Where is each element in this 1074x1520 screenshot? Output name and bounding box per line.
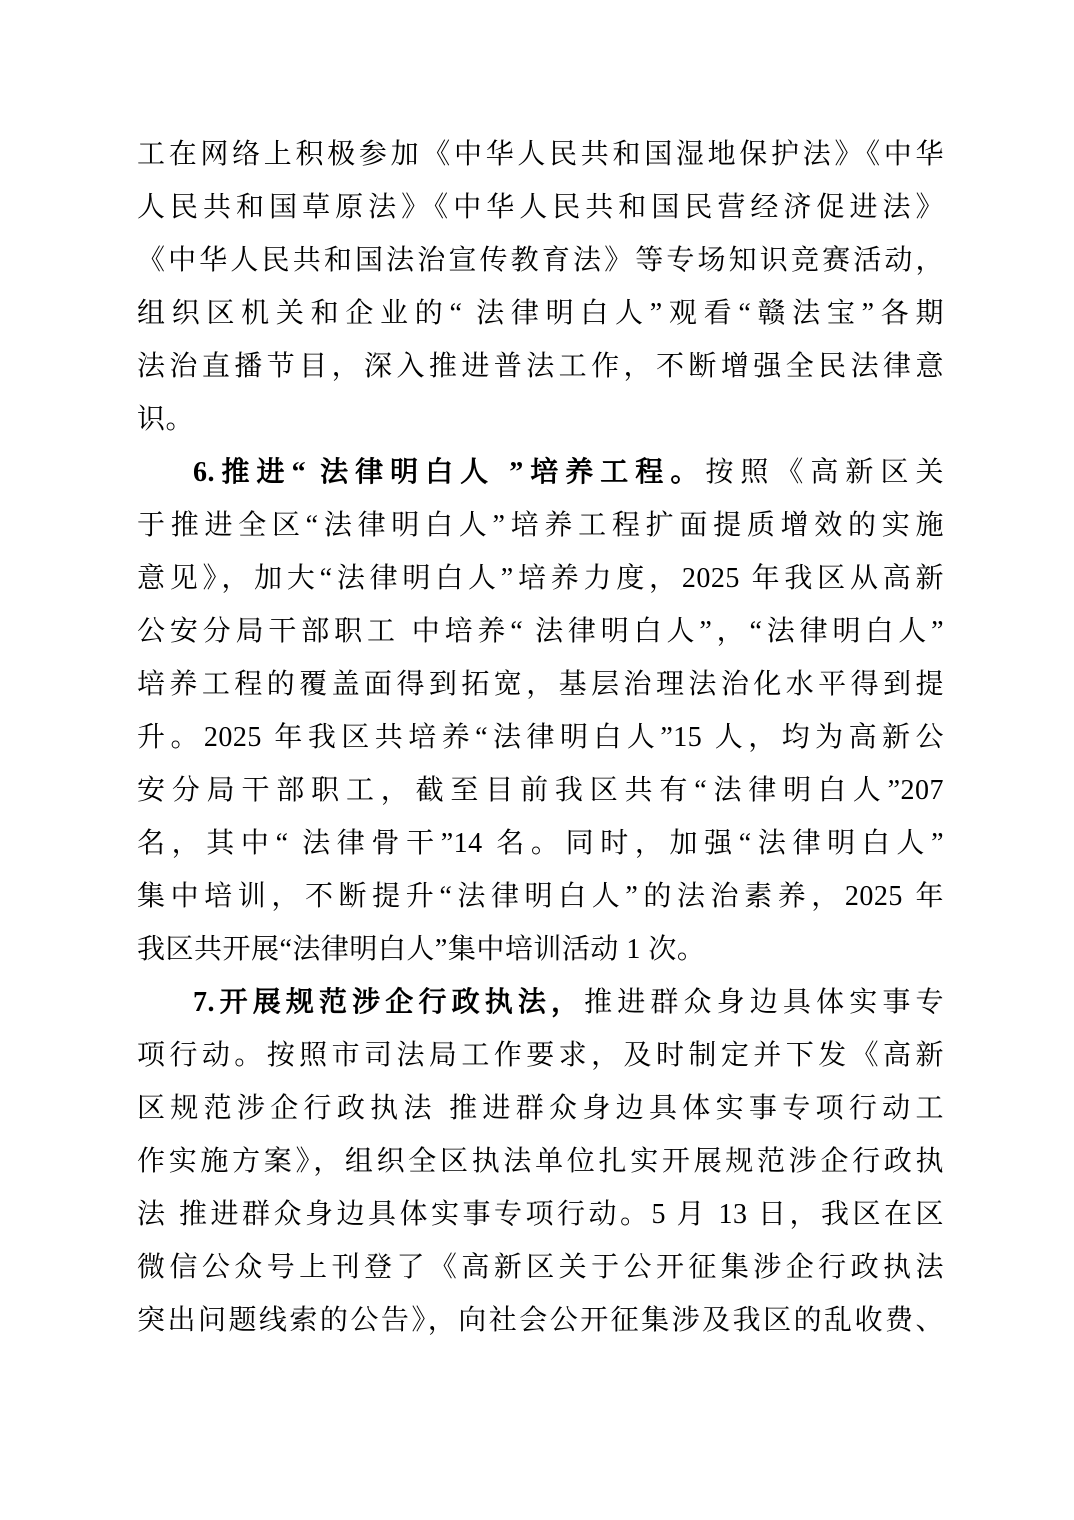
text-line: 培养工程的覆盖面得到拓宽，基层治理法治化水平得到提 [137, 658, 944, 711]
text-line: 工在网络上积极参加《中华人民共和国湿地保护法》《中华 [137, 128, 944, 181]
body-text-segment: 名，其中“ 法律骨干”14 名。同时，加强“法律明白人” [137, 828, 944, 859]
body-text-segment: 公安分局干部职工 中培养“ 法律明白人”，“法律明白人” [137, 616, 944, 647]
text-line: 于推进全区“法律明白人”培养工程扩面提质增效的实施 [137, 499, 944, 552]
text-line: 组织区机关和企业的“ 法律明白人”观看“赣法宝”各期 [137, 287, 944, 340]
text-line: 项行动。按照市司法局工作要求，及时制定并下发《高新 [137, 1029, 944, 1082]
text-line: 升。2025 年我区共培养“法律明白人”15 人，均为高新公 [137, 711, 944, 764]
body-text-segment: 微信公众号上刊登了《高新区关于公开征集涉企行政执法 [137, 1252, 944, 1283]
text-line: 法治直播节目，深入推进普法工作，不断增强全民法律意 [137, 340, 944, 393]
document-body: 工在网络上积极参加《中华人民共和国湿地保护法》《中华人民共和国草原法》《中华人民… [137, 128, 944, 1347]
body-text-segment: 培养工程的覆盖面得到拓宽，基层治理法治化水平得到提 [137, 669, 944, 700]
body-text-segment: 法 推进群众身边具体实事专项行动。5 月 13 日，我区在区 [137, 1199, 944, 1230]
text-line: 区规范涉企行政执法 推进群众身边具体实事专项行动工 [137, 1082, 944, 1135]
text-line: 集中培训，不断提升“法律明白人”的法治素养，2025 年 [137, 870, 944, 923]
text-line: 我区共开展“法律明白人”集中培训活动 1 次。 [137, 923, 944, 976]
text-line: 6.推进“ 法律明白人 ”培养工程。按照《高新区关 [137, 446, 944, 499]
body-text-segment: 我区共开展“法律明白人”集中培训活动 1 次。 [137, 934, 705, 965]
text-line: 意见》，加大“法律明白人”培养力度，2025 年我区从高新 [137, 552, 944, 605]
body-text-segment: 升。2025 年我区共培养“法律明白人”15 人，均为高新公 [137, 722, 944, 753]
body-text-segment: 按照《高新区关 [705, 457, 944, 488]
bold-text-segment: 6.推进“ 法律明白人 ”培养工程。 [193, 457, 705, 488]
body-text-segment: 法治直播节目，深入推进普法工作，不断增强全民法律意 [137, 351, 944, 382]
body-text-segment: 人民共和国草原法》《中华人民共和国民营经济促进法》 [137, 192, 944, 223]
body-text-segment: 安分局干部职工，截至目前我区共有“法律明白人”207 [137, 775, 944, 806]
text-line: 作实施方案》，组织全区执法单位扎实开展规范涉企行政执 [137, 1135, 944, 1188]
page: 工在网络上积极参加《中华人民共和国湿地保护法》《中华人民共和国草原法》《中华人民… [0, 0, 1074, 1520]
body-text-segment: 区规范涉企行政执法 推进群众身边具体实事专项行动工 [137, 1093, 944, 1124]
text-line: 7.开展规范涉企行政执法，推进群众身边具体实事专 [137, 976, 944, 1029]
text-line: 安分局干部职工，截至目前我区共有“法律明白人”207 [137, 764, 944, 817]
text-line: 识。 [137, 393, 944, 446]
body-text-segment: 工在网络上积极参加《中华人民共和国湿地保护法》《中华 [137, 139, 944, 170]
body-text-segment: 集中培训，不断提升“法律明白人”的法治素养，2025 年 [137, 881, 944, 912]
text-line: 突出问题线索的公告》，向社会公开征集涉及我区的乱收费、 [137, 1294, 944, 1347]
body-text-segment: 推进群众身边具体实事专 [584, 987, 944, 1018]
text-line: 《中华人民共和国法治宣传教育法》等专场知识竞赛活动， [137, 234, 944, 287]
body-text-segment: 作实施方案》，组织全区执法单位扎实开展规范涉企行政执 [137, 1146, 944, 1177]
text-line: 法 推进群众身边具体实事专项行动。5 月 13 日，我区在区 [137, 1188, 944, 1241]
body-text-segment: 于推进全区“法律明白人”培养工程扩面提质增效的实施 [137, 510, 944, 541]
text-line: 微信公众号上刊登了《高新区关于公开征集涉企行政执法 [137, 1241, 944, 1294]
body-text-segment: 《中华人民共和国法治宣传教育法》等专场知识竞赛活动， [137, 245, 944, 276]
text-line: 人民共和国草原法》《中华人民共和国民营经济促进法》 [137, 181, 944, 234]
body-text-segment: 项行动。按照市司法局工作要求，及时制定并下发《高新 [137, 1040, 944, 1071]
body-text-segment: 突出问题线索的公告》，向社会公开征集涉及我区的乱收费、 [137, 1305, 944, 1336]
text-line: 公安分局干部职工 中培养“ 法律明白人”，“法律明白人” [137, 605, 944, 658]
body-text-segment: 组织区机关和企业的“ 法律明白人”观看“赣法宝”各期 [137, 298, 944, 329]
bold-text-segment: 7.开展规范涉企行政执法， [193, 987, 584, 1018]
body-text-segment: 意见》，加大“法律明白人”培养力度，2025 年我区从高新 [137, 563, 944, 594]
body-text-segment: 识。 [137, 404, 194, 435]
text-line: 名，其中“ 法律骨干”14 名。同时，加强“法律明白人” [137, 817, 944, 870]
